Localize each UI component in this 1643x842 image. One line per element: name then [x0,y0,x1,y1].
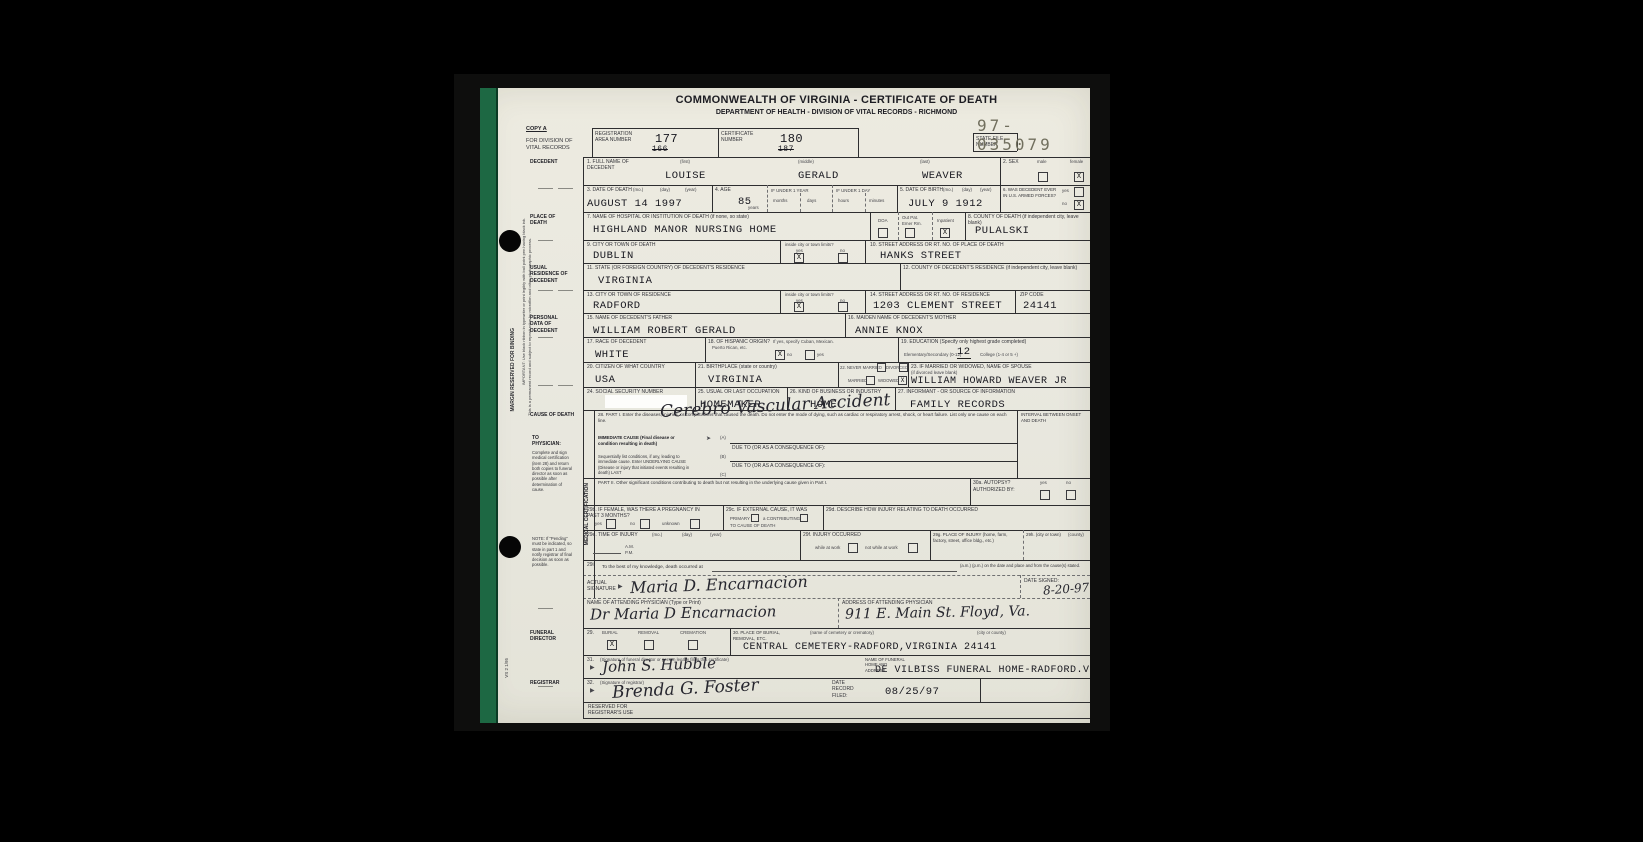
cremation-sublabel: CREMATION [680,630,706,635]
funeral-director-signature-handwriting: John S. Hubble [602,654,717,676]
street-of-death-label: 10. STREET ADDRESS OR RT. NO. OF PLACE O… [870,242,1004,248]
race-label: 17. RACE OF DECEDENT [587,339,646,345]
checkbox-not-at-work [908,543,918,553]
under-1-year-label: IF UNDER 1 YEAR [771,188,809,193]
form-number: VS 2 1/95 [504,658,509,678]
pointer-icon: ➤ [706,436,711,443]
unknown-sublabel: unknown [662,521,680,526]
time-of-injury-label: 29e. TIME OF INJURY [587,532,638,538]
middle-sublabel: (middle) [798,159,814,164]
gutter-line [558,385,573,386]
copy-for-label: FOR DIVISION OF VITAL RECORDS [526,138,581,152]
mother-value: ANNIE KNOX [855,325,923,337]
yes-sublabel: yes [1040,480,1047,485]
checkbox-death-limits-yes: X [794,253,804,263]
disposition-number: 29. [587,630,594,636]
checkmark: X [778,351,782,359]
male-sublabel: male [1037,159,1047,164]
line [838,598,839,628]
married-sublabel: MARRIED [848,378,867,383]
attest-text: To the best of my knowledge, death occur… [602,565,703,571]
line [583,702,1090,703]
reserved-label: RESERVED FOR REGISTRAR'S USE [588,704,643,717]
cemetery-sublabel: (name of cemetery or crematory) [810,630,874,635]
section-decedent: DECEDENT [530,159,575,165]
section-usual-residence: USUAL RESIDENCE OF DECEDENT [530,265,568,284]
education-label: 19. EDUCATION (Specify only highest grad… [901,339,1026,345]
yes-sublabel: yes [817,352,824,357]
checkmark: X [610,641,614,649]
section-to-physician: TO PHYSICIAN: [532,435,564,448]
line [980,678,981,702]
yes-sublabel: yes [1062,188,1069,193]
outpat-sublabel: Out Pat. [902,215,918,220]
informant-label: 27. INFORMANT - OR SOURCE OF INFORMATION [898,389,1015,395]
year-sublabel: (year) [980,187,991,192]
father-value: WILLIAM ROBERT GERALD [593,325,736,337]
am-sublabel: A.M. [625,544,634,549]
section-personal-data: PERSONAL DATA OF DECEDENT [530,315,568,334]
checkbox-doa [878,228,888,238]
line [832,185,833,212]
hospital-value: HIGHLAND MANOR NURSING HOME [593,224,777,236]
race-value: WHITE [595,349,629,361]
line [898,212,899,240]
not-at-work-sublabel: not while at work [865,545,898,550]
binding-strip [480,88,498,723]
never-married-label: 22. NEVER MARRIED [840,365,882,370]
line [800,193,801,212]
line [594,410,595,598]
sex-label: 2. SEX [1003,159,1019,165]
line [908,362,909,387]
full-name-label: 1. FULL NAME OF DECEDENT [587,159,642,172]
name-middle-value: GERALD [798,170,839,182]
line [583,530,1090,531]
date-of-death-label: 3. DATE OF DEATH [587,187,632,193]
burial-sublabel: BURIAL [602,630,618,635]
mo-sublabel: (mo.) [652,532,662,537]
hispanic-sublabel: Puerto Rican, etc. [712,345,747,350]
certificate-number-crossed: 187 [778,145,794,154]
checkbox-inpatient: X [940,228,950,238]
registration-area-label: REGISTRATION AREA NUMBER [595,131,643,144]
residence-street-value: 1203 CLEMENT STREET [873,300,1002,312]
year-sublabel: (year) [710,532,721,537]
line [583,505,1090,506]
residence-county-label: 12. COUNTY OF DECEDENT'S RESIDENCE (if i… [903,265,1083,271]
place-of-burial-label: 30. PLACE OF BURIAL, REMOVAL, ETC. [733,630,791,641]
yes-sublabel: yes [595,521,602,526]
no-sublabel: no [630,521,635,526]
place-of-burial-value: CENTRAL CEMETERY-RADFORD,VIRGINIA 24141 [743,642,997,653]
date-of-death-value: AUGUST 14 1997 [587,198,682,210]
day-sublabel: (day) [962,187,972,192]
line [723,505,724,530]
line [718,128,719,157]
date-of-birth-label: 5. DATE OF BIRTH [900,187,943,193]
county-of-death-value: PULALSKI [975,225,1029,237]
registration-area-number-crossed: 166 [652,145,668,154]
city-of-death-label: 9. CITY OR TOWN OF DEATH [587,242,656,248]
mother-label: 16. MAIDEN NAME OF DECEDENT'S MOTHER [848,315,956,321]
widowed-sublabel: WIDOWED [878,378,899,383]
checkbox-autopsy-no [1066,490,1076,500]
actual-signature-label: ACTUAL SIGNATURE [587,580,617,593]
checkbox-armed-forces-yes [1074,187,1084,197]
physician-address-handwriting: 911 E. Main St. Floyd, Va. [845,603,1030,622]
checkmark: X [1077,173,1081,181]
line [583,313,1090,314]
age-label: 4. AGE [715,187,731,193]
section-registrar: REGISTRAR [530,680,570,686]
day-sublabel: (day) [682,532,692,537]
city-county-sublabel: (city or county) [977,630,1006,635]
margin-important-text: IMPORTANT: Use black ribbon in typewrite… [521,218,526,385]
zip-label: ZIP CODE [1020,292,1044,298]
line [800,530,801,560]
gutter-line [558,188,573,189]
funeral-home-value: DE VILBISS FUNERAL HOME-RADFORD.V [875,665,1090,676]
spouse-value: WILLIAM HOWARD WEAVER JR [911,376,1067,387]
limits-sublabel: inside city or town limits? [785,242,834,247]
hospital-label: 7. NAME OF HOSPITAL OR INSTITUTION OF DE… [587,214,749,220]
line [900,263,901,290]
checkbox-contributing [800,514,808,522]
physician-instructions: Complete and sign medical certification … [532,450,574,492]
line [898,337,899,362]
date-of-birth-value: JULY 9 1912 [908,198,983,210]
citizen-value: USA [595,374,615,386]
checkbox-hispanic-yes [805,350,815,360]
date-signed-handwriting: 8-20-97 [1043,580,1090,597]
injury-city-label: 29h. (city or town) [1026,532,1061,538]
line [895,387,896,410]
informant-value: FAMILY RECORDS [910,399,1005,411]
gutter-line [538,290,553,291]
due-to-label-a: DUE TO (OR AS A CONSEQUENCE OF): [732,445,825,451]
line [583,560,1090,561]
emer-rm-sublabel: Emer Rm. [902,221,922,226]
gutter-line [538,188,553,189]
armed-forces-label: 6. WAS DECEDENT EVER IN U.S. ARMED FORCE… [1003,187,1061,198]
gutter-line [538,337,553,338]
part2-label: PART II. Other significant conditions co… [598,480,963,486]
name-first-value: LOUISE [665,170,706,182]
certificate-number-label: CERTIFICATE NUMBER [721,131,761,144]
hispanic-note: If yes, specify Cuban, Mexican. [773,339,834,344]
line [583,157,584,718]
occupation-label: 25. USUAL OR LAST OCCUPATION [698,389,780,395]
line [592,128,858,129]
certificate-number: 180 [780,132,803,146]
name-last-value: WEAVER [922,170,963,182]
sequential-label: Sequentially list conditions, if any, le… [598,454,696,475]
mo-sublabel: (mo.) [633,187,643,192]
pm-sublabel: P.M. [625,550,633,555]
checkbox-cremation [688,640,698,650]
line [583,478,1090,479]
doa-sublabel: DOA [878,218,888,223]
residence-city-value: RADFORD [593,300,641,312]
checkbox-pregnancy-yes [606,519,616,529]
line [1017,410,1018,478]
hours-sublabel: hours [838,198,849,203]
line [592,128,593,157]
gutter-line [538,240,553,241]
checkbox-pregnancy-no [640,519,650,529]
line [973,133,974,151]
checkmark: X [943,229,947,237]
no-sublabel: no [787,352,792,357]
physician-note: NOTE: If "Pending" must be indicated, so… [532,536,574,568]
line [823,505,824,530]
death-certificate-document: MARGIN RESERVED FOR BINDING IMPORTANT: U… [480,88,1090,723]
months-sublabel: months [773,198,787,203]
autopsy-label: 30a. AUTOPSY? [973,480,1010,486]
state-file-number: 97-035079 [977,116,1090,154]
zip-value: 24141 [1023,300,1057,312]
copy-label: COPY A [526,126,547,133]
year-sublabel: (year) [685,187,696,192]
elementary-sublabel: Elementary/Secondary (0-12) [904,352,961,357]
no-sublabel: no [1062,201,1067,206]
line [695,362,696,387]
line [1000,185,1001,212]
father-label: 15. NAME OF DECEDENT'S FATHER [587,315,672,321]
checkbox-divorced [899,363,908,372]
checkmark: X [797,254,801,262]
primary-sublabel: PRIMARY [730,516,750,521]
education-value: 12 [957,346,971,359]
document-title: COMMONWEALTH OF VIRGINIA - CERTIFICATE O… [583,94,1090,106]
gutter-line [538,608,553,609]
gutter-line [558,290,573,291]
checkbox-residence-limits-yes: X [794,302,804,312]
contributing-sublabel: a CONTRIBUTING [763,516,800,521]
checkbox-widowed: X [898,376,907,385]
checkbox-married [866,376,875,385]
attending-physician-handwriting: Dr Maria D Encarnacion [590,602,777,623]
line [583,362,1090,363]
line [583,678,1090,679]
female-sublabel: female [1070,159,1083,164]
line [583,263,1090,264]
line [1015,290,1016,313]
line [712,185,713,212]
line [930,530,931,560]
line [583,337,1090,338]
section-place-of-death: PLACE OF DEATH [530,214,562,227]
line [730,461,1017,462]
checkbox-sex-male [1038,172,1048,182]
interval-label: INTERVAL BETWEEN ONSET AND DEATH [1021,412,1083,423]
city-of-death-value: DUBLIN [593,250,634,262]
line [970,478,971,505]
line [583,157,1090,158]
line [583,212,1090,213]
line [583,575,1090,576]
checkmark: X [901,377,905,384]
checkbox-at-work [848,543,858,553]
residence-state-value: VIRGINIA [598,275,652,287]
checkbox-burial: X [607,640,617,650]
hole-punch [499,536,521,558]
checkbox-autopsy-yes [1040,490,1050,500]
line [583,718,1090,719]
checkbox-residence-limits-no [838,302,848,312]
line [1023,530,1024,560]
line [1020,575,1021,598]
line-c-sublabel: (C) [720,472,726,477]
line [593,553,621,554]
checkbox-sex-female: X [1074,172,1084,182]
residence-street-label: 14. STREET ADDRESS OR RT. NO. OF RESIDEN… [870,292,990,298]
registration-area-number: 177 [655,132,678,146]
to-cause-sublabel: TO CAUSE OF DEATH [730,523,775,528]
autopsy-authorized-label: AUTHORIZED BY: [973,487,1015,493]
last-sublabel: (last) [920,159,930,164]
line [932,212,933,240]
line-a-sublabel: (A) [720,435,726,440]
line [583,598,1090,599]
line [583,240,1090,241]
residence-city-label: 13. CITY OR TOWN OF RESIDENCE [587,292,671,298]
checkmark: X [1077,201,1081,209]
document-subtitle: DEPARTMENT OF HEALTH - DIVISION OF VITAL… [583,109,1090,116]
minutes-sublabel: minutes [869,198,884,203]
margin-binding-text: MARGIN RESERVED FOR BINDING [510,328,516,412]
line [870,212,871,240]
line [845,313,846,337]
viewer-background: { "header": { "title": "COMMONWEALTH OF … [0,0,1643,842]
birthplace-label: 21. BIRTHPLACE (state or country) [698,364,777,370]
line [712,571,957,572]
registrar-signature-number: 32. [587,680,594,686]
line [730,443,1017,444]
checkbox-hispanic-no: X [775,350,785,360]
birthplace-value: VIRGINIA [708,374,762,386]
section-cause-of-death: CAUSE OF DEATH [530,412,575,418]
no-sublabel: no [1066,480,1071,485]
line [780,240,781,263]
injury-occurred-label: 29f. INJURY OCCURRED [803,532,861,538]
citizen-label: 20. CITIZEN OF WHAT COUNTRY [587,364,665,370]
spouse-sublabel: (if divorced leave blank) [911,370,957,375]
college-sublabel: College (1-4 or 5 +) [980,352,1018,357]
attest-text-2: (a.m.) (p.m.) on the date and place and … [960,563,1086,568]
checkbox-pregnancy-unknown [690,519,700,529]
funeral-signature-number: 31. [587,657,594,663]
signature-arrow-icon: ▶ [590,688,595,695]
external-cause-label: 29c. IF EXTERNAL CAUSE, IT WAS [726,507,807,513]
line [858,128,859,157]
line [583,185,1090,186]
checkbox-never-married [877,363,886,372]
years-sublabel: years [748,205,759,210]
line-b-sublabel: (B) [720,454,726,459]
date-filed-value: 08/25/97 [885,686,939,698]
line [865,193,866,212]
mo-sublabel: (mo.) [943,187,953,192]
street-of-death-value: HANKS STREET [880,250,962,262]
injury-county-sublabel: (county) [1068,532,1084,537]
residence-state-label: 11. STATE (OR FOREIGN COUNTRY) OF DECEDE… [587,265,745,271]
checkbox-removal [644,640,654,650]
line [897,185,898,212]
describe-injury-label: 29d. DESCRIBE HOW INJURY RELATING TO DEA… [826,507,978,513]
first-sublabel: (first) [680,159,690,164]
hole-punch [499,230,521,252]
line [1000,157,1001,185]
checkbox-outpatient [905,228,915,238]
line [838,362,839,387]
checkmark: X [797,303,801,311]
date-filed-label: DATE RECORD FILED: [832,680,868,699]
under-1-day-label: IF UNDER 1 DAY [836,188,870,193]
signature-arrow-icon: ▶ [618,584,623,591]
removal-sublabel: REMOVAL [638,630,659,635]
limits-sublabel: inside city or town limits? [785,292,834,297]
gutter-line [538,385,553,386]
line [767,185,768,212]
checkbox-primary [751,514,759,522]
days-sublabel: days [807,198,816,203]
line [730,628,731,655]
at-work-sublabel: while at work [815,545,840,550]
signature-arrow-icon: ▶ [590,665,595,672]
place-of-injury-label: 29g. PLACE OF INJURY (home, farm, factor… [933,532,1021,543]
line [780,290,781,313]
immediate-cause-label: IMMEDIATE CAUSE (Final disease or condit… [598,435,678,446]
inpatient-sublabel: Inpatient [937,218,954,223]
section-funeral-director: FUNERAL DIRECTOR [530,630,562,643]
line [583,290,1090,291]
line [583,628,1090,629]
line [965,212,966,240]
due-to-label-b: DUE TO (OR AS A CONSEQUENCE OF): [732,463,825,469]
line [583,387,1090,388]
checkbox-death-limits-no [838,253,848,263]
line [865,290,866,313]
line [705,337,706,362]
pregnancy-label: 29b. IF FEMALE, WAS THERE A PREGNANCY IN… [587,507,712,520]
checkbox-armed-forces-no: X [1074,200,1084,210]
attest-number: 29i. [587,562,595,568]
day-sublabel: (day) [660,187,670,192]
line [865,240,866,263]
